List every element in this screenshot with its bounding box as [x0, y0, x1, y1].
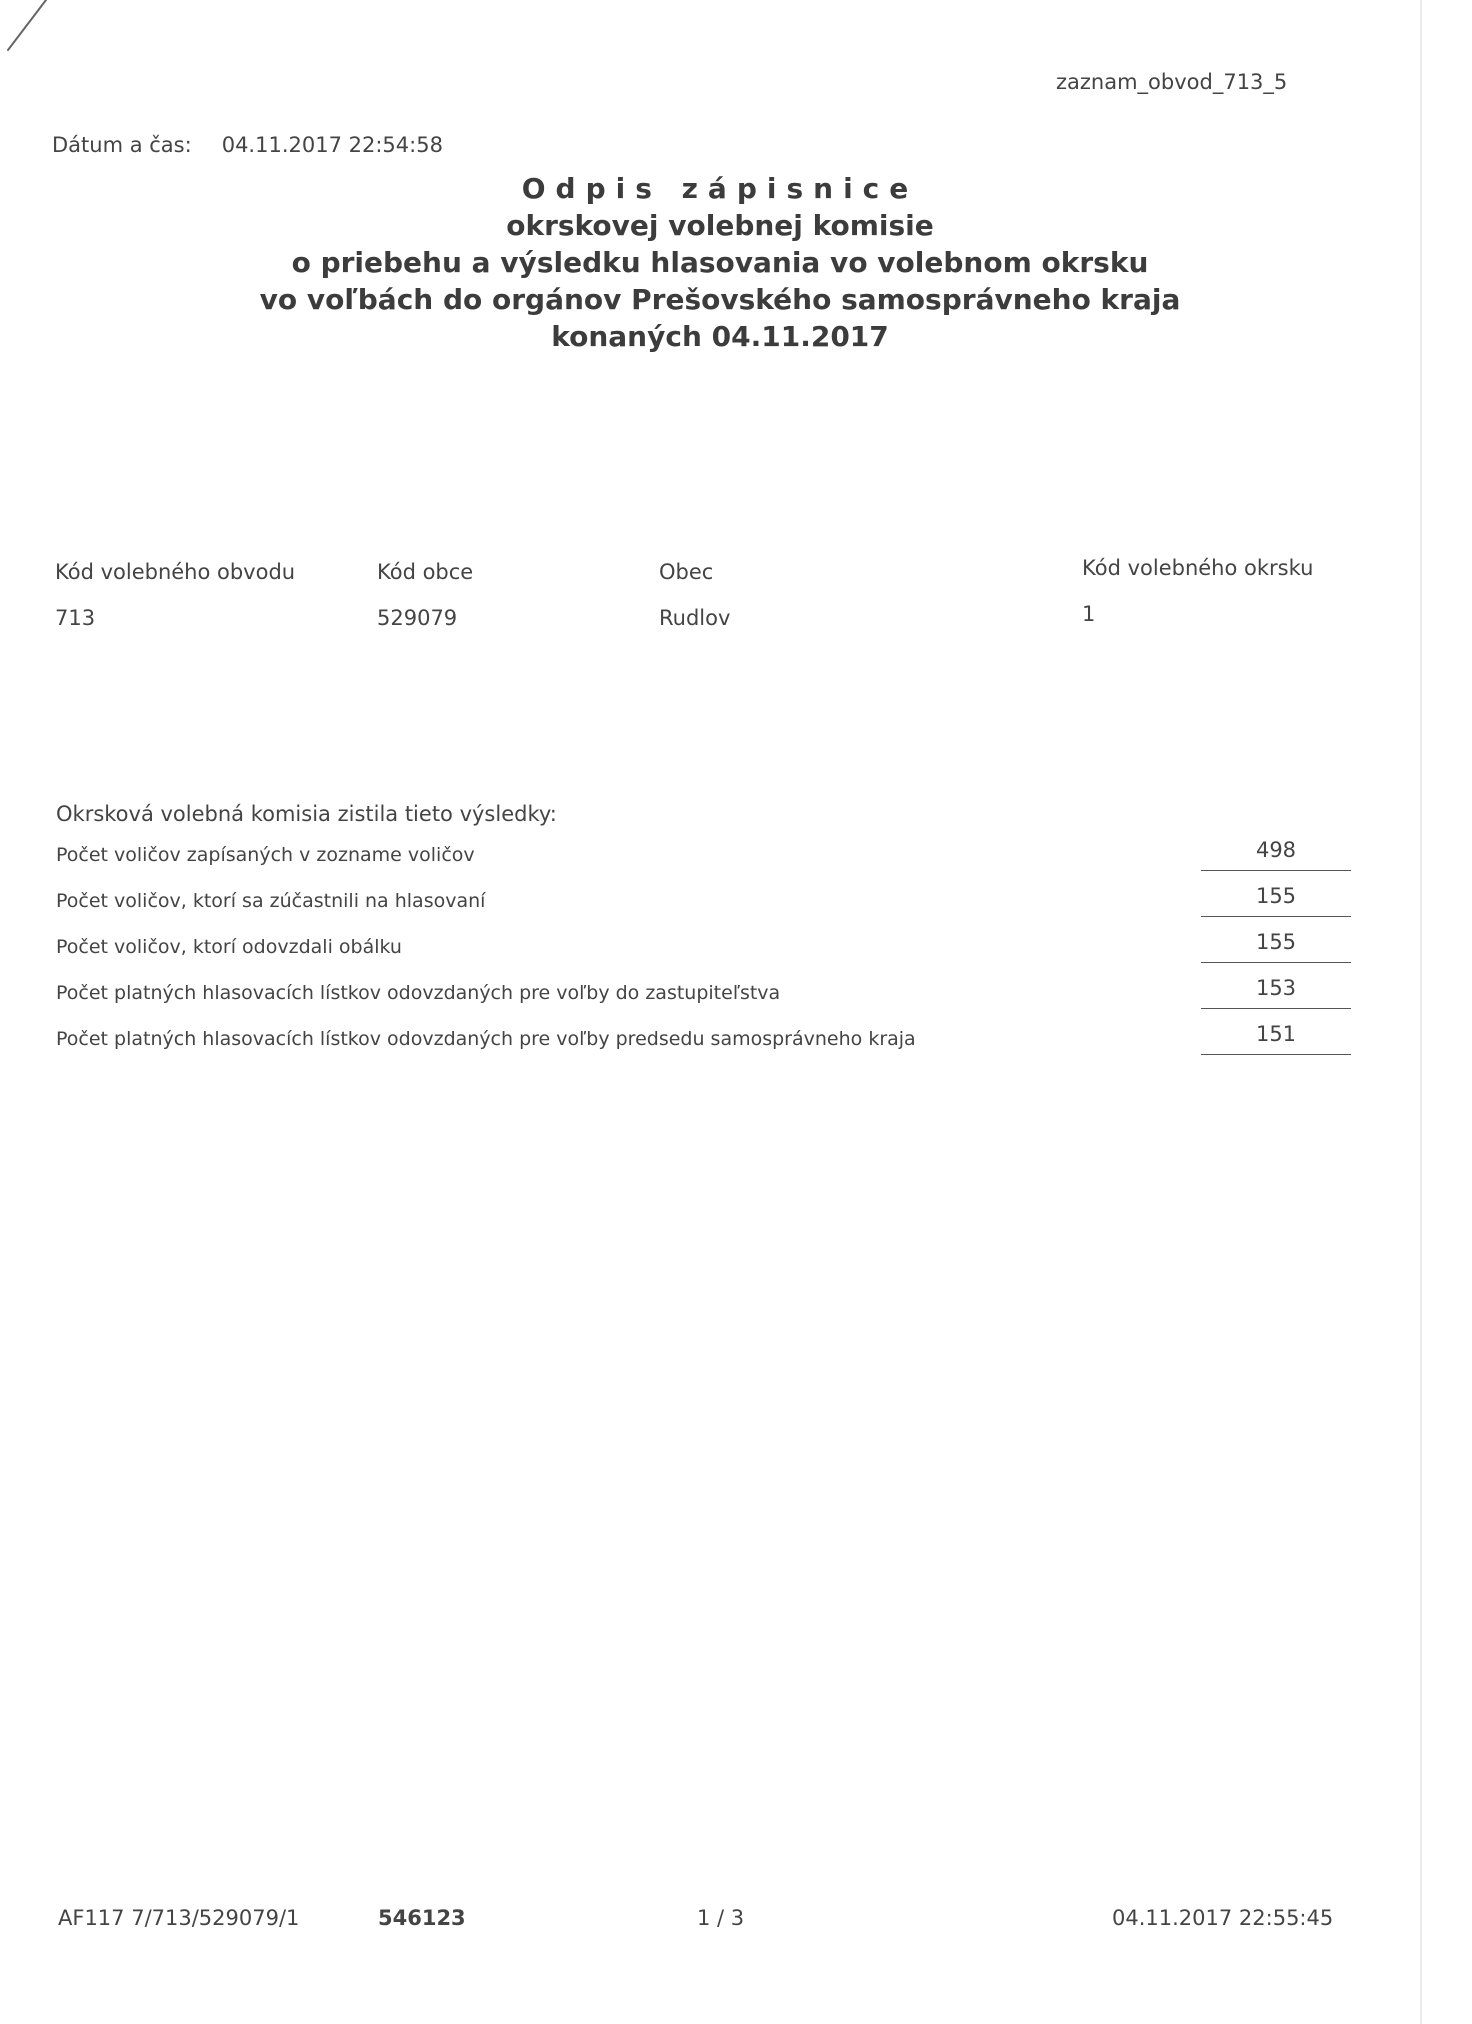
- result-row: Počet platných hlasovacích lístkov odovz…: [56, 978, 1356, 1024]
- title-line-4: vo voľbách do orgánov Prešovského samosp…: [160, 281, 1280, 318]
- result-row: Počet platných hlasovacích lístkov odovz…: [56, 1024, 1356, 1070]
- result-label: Počet voličov, ktorí odovzdali obálku: [56, 936, 402, 958]
- title-line-3: o priebehu a výsledku hlasovania vo vole…: [160, 244, 1280, 281]
- result-value: 155: [1201, 884, 1351, 917]
- identifiers-table: Kód volebného obvodu Kód obce Obec Kód v…: [55, 560, 1355, 652]
- header-district-code: Kód volebného obvodu: [55, 560, 295, 584]
- result-label: Počet platných hlasovacích lístkov odovz…: [56, 1028, 916, 1050]
- identifiers-header-row: Kód volebného obvodu Kód obce Obec Kód v…: [55, 560, 1355, 606]
- results-section: Okrsková volebná komisia zistila tieto v…: [56, 802, 1356, 1070]
- result-label: Počet voličov, ktorí sa zúčastnili na hl…: [56, 890, 485, 912]
- document-datetime: Dátum a čas:04.11.2017 22:54:58: [52, 133, 443, 157]
- datetime-value: 04.11.2017 22:54:58: [222, 133, 443, 157]
- document-id: zaznam_obvod_713_5: [1056, 70, 1287, 94]
- value-municipality: Rudlov: [659, 606, 730, 630]
- page-indicator: 1 / 3: [697, 1906, 744, 1930]
- result-label: Počet platných hlasovacích lístkov odovz…: [56, 982, 780, 1004]
- results-heading: Okrsková volebná komisia zistila tieto v…: [56, 802, 1356, 826]
- header-municipality-code: Kód obce: [377, 560, 473, 584]
- title-main: Odpis zápisnice: [160, 170, 1280, 207]
- header-precinct-code: Kód volebného okrsku: [1082, 556, 1313, 580]
- title-line-2: okrskovej volebnej komisie: [160, 207, 1280, 244]
- value-precinct-code: 1: [1082, 602, 1095, 626]
- footer-code: AF117 7/713/529079/1: [58, 1906, 299, 1930]
- result-label: Počet voličov zapísaných v zozname volič…: [56, 844, 475, 866]
- result-row: Počet voličov, ktorí sa zúčastnili na hl…: [56, 886, 1356, 932]
- result-row: Počet voličov zapísaných v zozname volič…: [56, 840, 1356, 886]
- result-value: 155: [1201, 930, 1351, 963]
- result-value: 151: [1201, 1022, 1351, 1055]
- result-row: Počet voličov, ktorí odovzdali obálku 15…: [56, 932, 1356, 978]
- value-district-code: 713: [55, 606, 95, 630]
- title-line-5: konaných 04.11.2017: [160, 318, 1280, 355]
- footer-timestamp: 04.11.2017 22:55:45: [1112, 1906, 1333, 1930]
- document-title: Odpis zápisnice okrskovej volebnej komis…: [160, 170, 1280, 355]
- header-municipality: Obec: [659, 560, 713, 584]
- result-value: 153: [1201, 976, 1351, 1009]
- page-edge: [1420, 0, 1422, 2024]
- footer-number: 546123: [378, 1906, 466, 1930]
- identifiers-value-row: 713 529079 Rudlov 1: [55, 606, 1355, 652]
- result-value: 498: [1201, 838, 1351, 871]
- pen-stroke-mark: [4, 0, 50, 54]
- datetime-label: Dátum a čas:: [52, 133, 192, 157]
- value-municipality-code: 529079: [377, 606, 457, 630]
